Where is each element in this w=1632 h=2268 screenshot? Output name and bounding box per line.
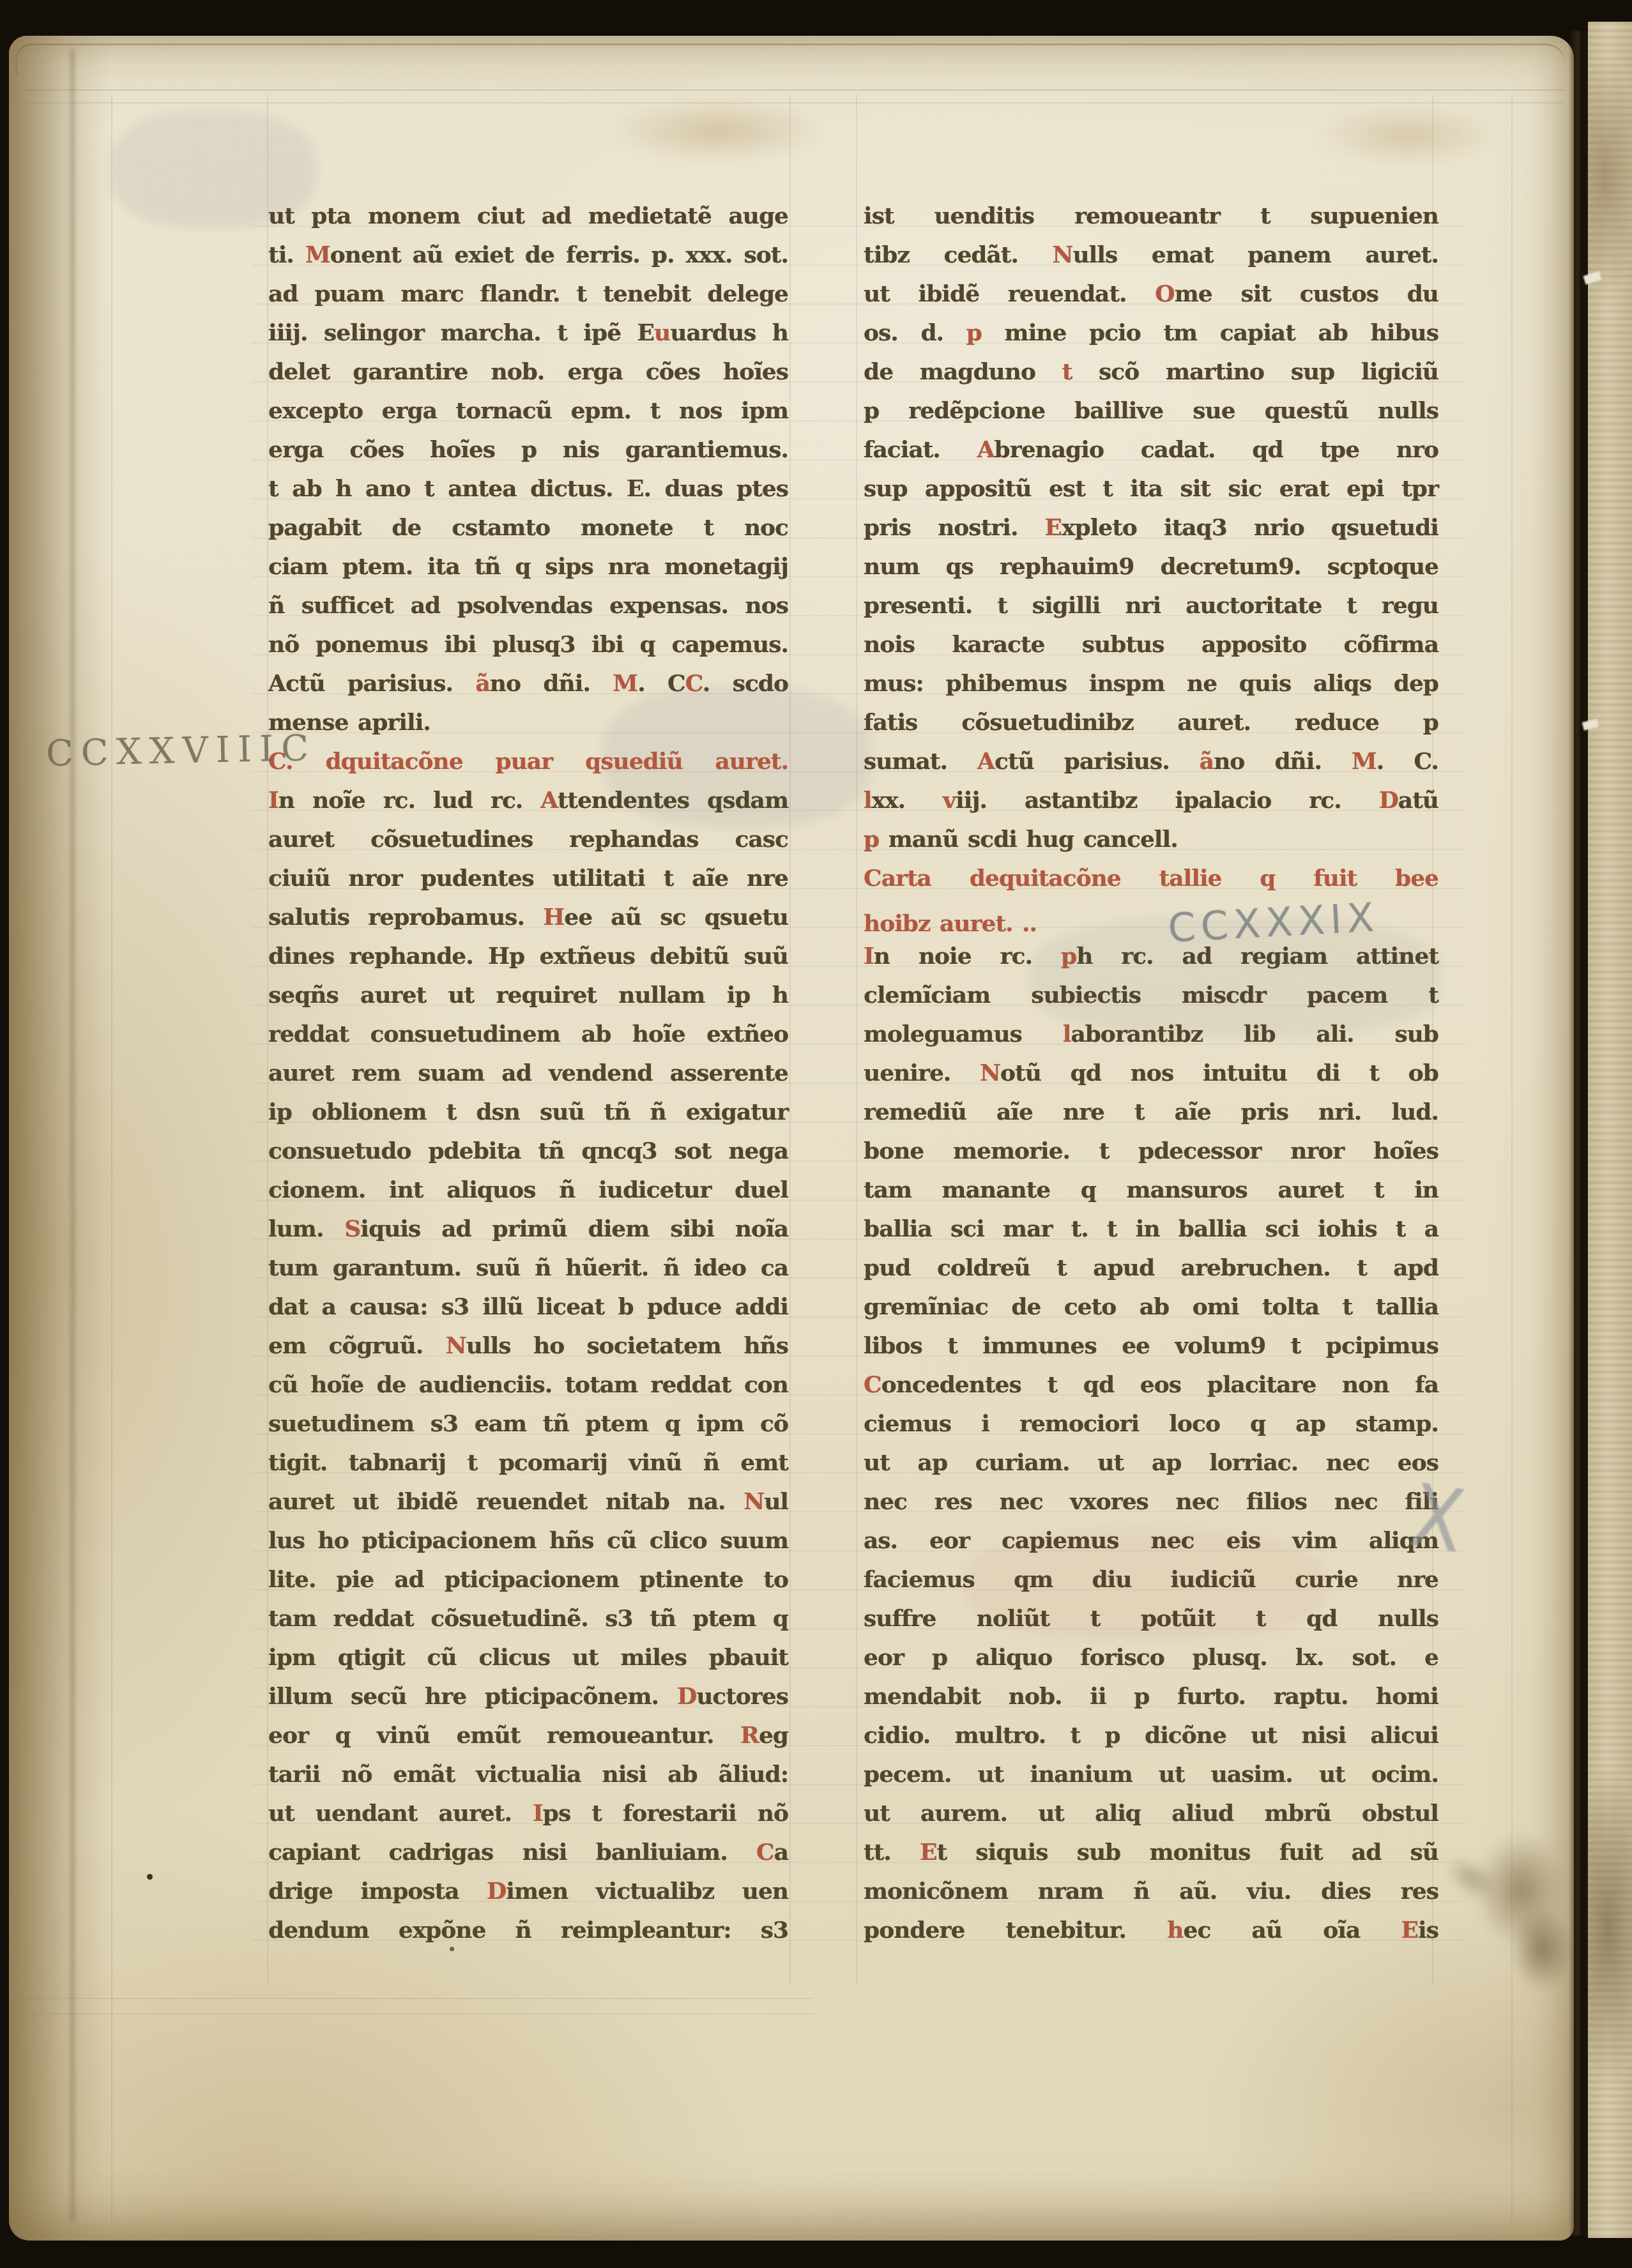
text-line: tigit. tabnarij t pcomarij vinũ ñ emt [268,1443,788,1482]
text-line: mus: phibemus inspm ne quis aliqs dep [864,664,1438,703]
margin-chapter-number: CCXXVIIIC [45,728,276,775]
text-line: ciuiũ nror pudentes utilitati t aĩe nre [268,859,788,898]
text-line: auret rem suam ad vendend asserente [268,1054,788,1093]
text-line: lite. pie ad pticipacionem ptinente to [268,1560,788,1599]
text-line: sup appositũ est t ita sit sic erat epi … [864,469,1438,508]
text-line: tibz cedãt. Nulls emat panem auret. [864,236,1438,275]
text-line: pondere tenebitur. hec aũ oĩa Eis [864,1911,1438,1950]
ink-speck [147,1874,153,1880]
text-line: bone memorie. t pdecessor nror hoĩes [864,1132,1438,1171]
text-line: cionem. int aliquos ñ iudicetur duel [268,1171,788,1210]
text-line: ip oblionem t dsn suũ tñ ñ exigatur [268,1093,788,1132]
text-line: mense aprili. [268,703,788,742]
text-line: ut pta monem ciut ad medietatẽ auge [268,197,788,236]
text-line: dendum expõne ñ reimpleantur: s3 [268,1911,788,1950]
manuscript-page: ut pta monem ciut ad medietatẽ augeti. M… [9,36,1574,2241]
facing-page-edge [1588,22,1632,2238]
text-line: monicõnem nram ñ aũ. viu. dies res [864,1872,1438,1911]
text-line: ut ibidẽ reuendat. Ome sit custos du [864,275,1438,314]
text-line: Actũ parisius. ãno dñi. M. CC. scdo [268,664,788,703]
text-line: tam manante q mansuros auret t in [864,1171,1438,1210]
text-line: nõ ponemus ibi plusq3 ibi q capemus. [268,625,788,664]
text-line: reddat consuetudinem ab hoĩe extñeo [268,1015,788,1054]
text-line: lus ho pticipacionem hñs cũ clico suum [268,1521,788,1560]
text-line: tam reddat cõsuetudinẽ. s3 tñ ptem q [268,1599,788,1638]
text-line: suetudinem s3 eam tñ ptem q ipm cõ [268,1404,788,1443]
text-line: lum. Siquis ad primũ diem sibi noĩa [268,1210,788,1249]
text-line: t ab h ano t antea dictus. E. duas ptes [268,469,788,508]
text-line: num qs rephauim9 decretum9. scptoque [864,547,1438,586]
text-line: ad puam marc flandr. t tenebit delege [268,275,788,314]
stain-top-center [571,89,865,172]
text-line: em cõgruũ. Nulls ho societatem hñs [268,1327,788,1366]
text-line: tt. Et siquis sub monitus fuit ad sũ [864,1833,1438,1872]
text-line: presenti. t sigilli nri auctoritate t re… [864,586,1438,625]
text-line: iiij. selingor marcha. t ipẽ Euuardus h [268,314,788,353]
text-line: ciemus i remociori loco q ap stamp. [864,1404,1438,1443]
text-line: auret cõsuetudines rephandas casc [268,820,788,859]
text-line: pud coldreũ t apud arebruchen. t apd [864,1249,1438,1288]
text-line: In noie rc. ph rc. ad regiam attinet [864,937,1438,976]
text-line: suffre noliũt t potũit t qd nulls [864,1599,1438,1638]
text-line: libos t immunes ee volum9 t pcipimus [864,1327,1438,1366]
text-line: salutis reprobamus. Hee aũ sc qsuetu [268,898,788,937]
text-column-left: ut pta monem ciut ad medietatẽ augeti. M… [268,197,788,1950]
column-ruling-line [856,95,857,1985]
text-line: mendabit nob. ii p furto. raptu. homi [864,1677,1438,1716]
gutter-shading [9,36,111,2241]
text-line: ti. Monent aũ exiet de ferris. p. xxx. s… [268,236,788,275]
text-line: p manũ scdi hug cancell. [864,820,1438,859]
rubric-line: hoibz auret. ..CCXXXIX [864,898,1438,937]
text-line: ut ap curiam. ut ap lorriac. nec eos [864,1443,1438,1482]
text-line: uenire. Notũ qd nos intuitu di t ob [864,1054,1438,1093]
text-line: dines rephande. Hp extñeus debitũ suũ [268,937,788,976]
text-line: ballia sci mar t. t in ballia sci iohis … [864,1210,1438,1249]
pencil-folio-number: CCXXXIX [1167,897,1380,947]
text-line: drige imposta Dimen victualibz uen [268,1872,788,1911]
text-line: p redẽpcione baillive sue questũ nulls [864,392,1438,430]
text-line: faciemus qm diu iudiciũ curie nre [864,1560,1438,1599]
text-line: In noĩe rc. lud rc. Attendentes qsdam [268,781,788,820]
text-line: de magduno t scõ martino sup ligiciũ [864,353,1438,392]
text-line: Concedentes t qd eos placitare non fa [864,1366,1438,1404]
page-edge-highlight [15,43,1565,75]
text-line: excepto erga tornacũ epm. t nos ipm [268,392,788,430]
text-line: pris nostri. Expleto itaq3 nrio qsuetudi [864,508,1438,547]
text-line: dat a causa: s3 illũ liceat b pduce addi [268,1288,788,1327]
text-line: eor p aliquo forisco plusq. lx. sot. e [864,1638,1438,1677]
text-line: lxx. viij. astantibz ipalacio rc. Datũ [864,781,1438,820]
gutter-crease [70,49,75,2221]
text-line: ñ sufficet ad psolvendas expensas. nos [268,586,788,625]
rubric-line: C. dquitacõne puar qsuediũ auret. [268,742,788,781]
text-line: ut aurem. ut aliq aliud mbrũ obstul [864,1794,1438,1833]
text-line: sumat. Actũ parisius. ãno dñi. M. C. [864,742,1438,781]
text-line: pecem. ut inanium ut uasim. ut ocim. [864,1755,1438,1794]
text-line: os. d. p mine pcio tm capiat ab hibus [864,314,1438,353]
text-line: seqñs auret ut requiret nullam ip h [268,976,788,1015]
text-line: nec res nec vxores nec filios nec fili [864,1482,1438,1521]
text-line: moleguamus laborantibz lib ali. sub [864,1015,1438,1054]
text-line: illum secũ hre pticipacõnem. Ductores [268,1677,788,1716]
text-line: capiant cadrigas nisi banliuiam. Ca [268,1833,788,1872]
text-line: pagabit de cstamto monete t noc [268,508,788,547]
photographed-book-scene: ut pta monem ciut ad medietatẽ augeti. M… [0,0,1632,2268]
text-line: cidio. multro. t p dicõne ut nisi alicui [864,1716,1438,1755]
text-line: remediũ aĩe nre t aĩe pris nri. lud. [864,1093,1438,1132]
text-line: delet garantire nob. erga cões hoĩes [268,353,788,392]
text-line: fatis cõsuetudinibz auret. reduce p [864,703,1438,742]
text-line: consuetudo pdebita tñ qncq3 sot nega [268,1132,788,1171]
text-line: gremĩniac de ceto ab omi tolta t tallia [864,1288,1438,1327]
text-line: ut uendant auret. Ips t forestarii nõ [268,1794,788,1833]
rubric-line: Carta dequitacõne tallie q fuit bee [864,859,1438,898]
bottom-ruling-line [22,1998,814,1999]
top-ruling-line [26,89,1564,91]
text-line: tum garantum. suũ ñ hũerit. ñ ideo ca [268,1249,788,1288]
text-line: tarii nõ emãt victualia nisi ab ãliud: [268,1755,788,1794]
text-line: eor q vinũ emũt remoueantur. Reg [268,1716,788,1755]
gutter-fold [1569,31,1590,2235]
column-ruling-line [789,95,791,1985]
margin-ruling-line [111,95,112,2221]
text-line: auret ut ibidẽ reuendet nitab na. Nul [268,1482,788,1521]
text-line: clemĩciam subiectis miscdr pacem t [864,976,1438,1015]
text-line: nois karacte subtus apposito cõfirma [864,625,1438,664]
text-column-right: ist uenditis remoueantr t supuenientibz … [864,197,1438,1950]
text-line: as. eor capiemus nec eis vim aliqm [864,1521,1438,1560]
text-line: erga cões hoĩes p nis garantiemus. [268,430,788,469]
text-line: ciam ptem. ita tñ q sips nra monetagij [268,547,788,586]
text-line: ist uenditis remoueantr t supuenien [864,197,1438,236]
text-line: faciat. Abrenagio cadat. qd tpe nro [864,430,1438,469]
bottom-ruling-line [22,2013,814,2014]
text-line: ipm qtigit cũ clicus ut miles pbauit [268,1638,788,1677]
stain-top-right [1286,97,1529,174]
text-line: cũ hoĩe de audienciis. totam reddat con [268,1366,788,1404]
